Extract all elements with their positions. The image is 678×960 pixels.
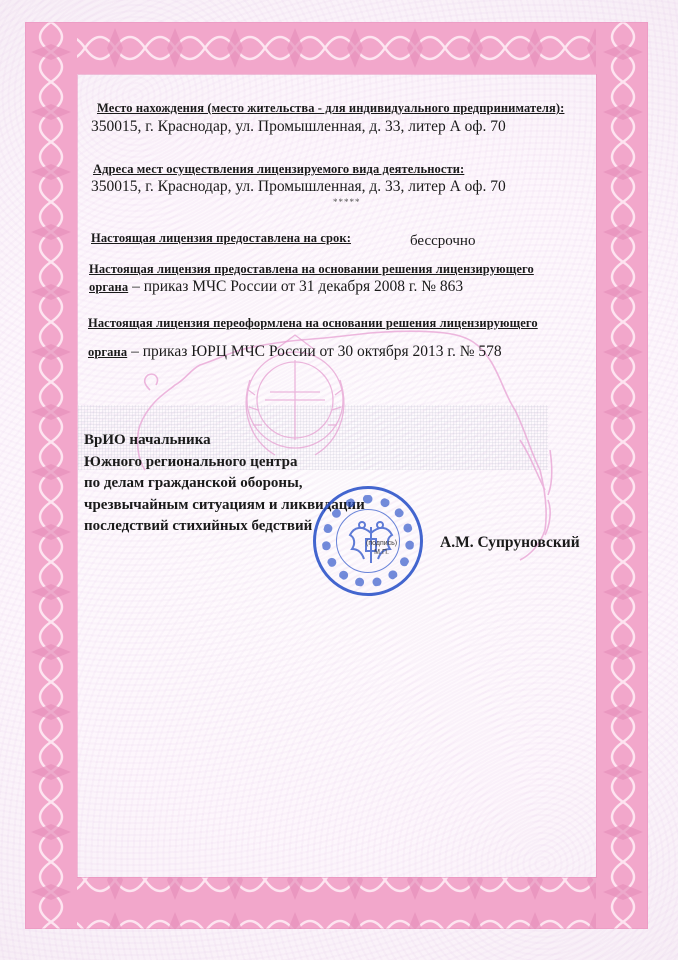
basis-value: – приказ МЧС России от 31 декабря 2008 г… xyxy=(128,278,463,295)
location-heading: Место нахождения (место жительства - для… xyxy=(97,101,564,116)
basis-line: органа – приказ МЧС России от 31 декабря… xyxy=(89,278,463,296)
activity-heading: Адреса мест осуществления лицензируемого… xyxy=(93,162,464,177)
basis-heading: Настоящая лицензия предоставлена на осно… xyxy=(89,262,534,277)
activity-value: 350015, г. Краснодар, ул. Промышленная, … xyxy=(91,178,506,196)
signature-caption: (подпись) xyxy=(366,539,397,548)
term-value: бессрочно xyxy=(410,233,475,250)
signatory-line: ВрИО начальника xyxy=(84,430,365,452)
basis-heading-organ: органа xyxy=(89,280,128,294)
reissue-heading-organ: органа xyxy=(88,345,127,359)
signatory-name: А.М. Супруновский xyxy=(440,534,580,552)
separator-stars: ***** xyxy=(333,197,361,207)
double-headed-eagle-icon xyxy=(344,515,398,571)
term-heading: Настоящая лицензия предоставлена на срок… xyxy=(91,231,351,246)
stamp-caption: (подпись) М.П. xyxy=(366,539,397,557)
reissue-line: органа – приказ ЮРЦ МЧС России от 30 окт… xyxy=(88,343,502,361)
seal-caption: М.П. xyxy=(366,548,397,557)
reissue-heading: Настоящая лицензия переоформлена на осно… xyxy=(88,316,538,331)
location-value: 350015, г. Краснодар, ул. Промышленная, … xyxy=(91,118,506,136)
signatory-line: Южного регионального центра xyxy=(84,452,365,474)
reissue-value: – приказ ЮРЦ МЧС России от 30 октября 20… xyxy=(127,343,501,360)
license-page: Место нахождения (место жительства - для… xyxy=(0,0,678,960)
signatory-line: по делам гражданской обороны, xyxy=(84,473,365,495)
official-seal: (подпись) М.П. xyxy=(313,486,423,596)
